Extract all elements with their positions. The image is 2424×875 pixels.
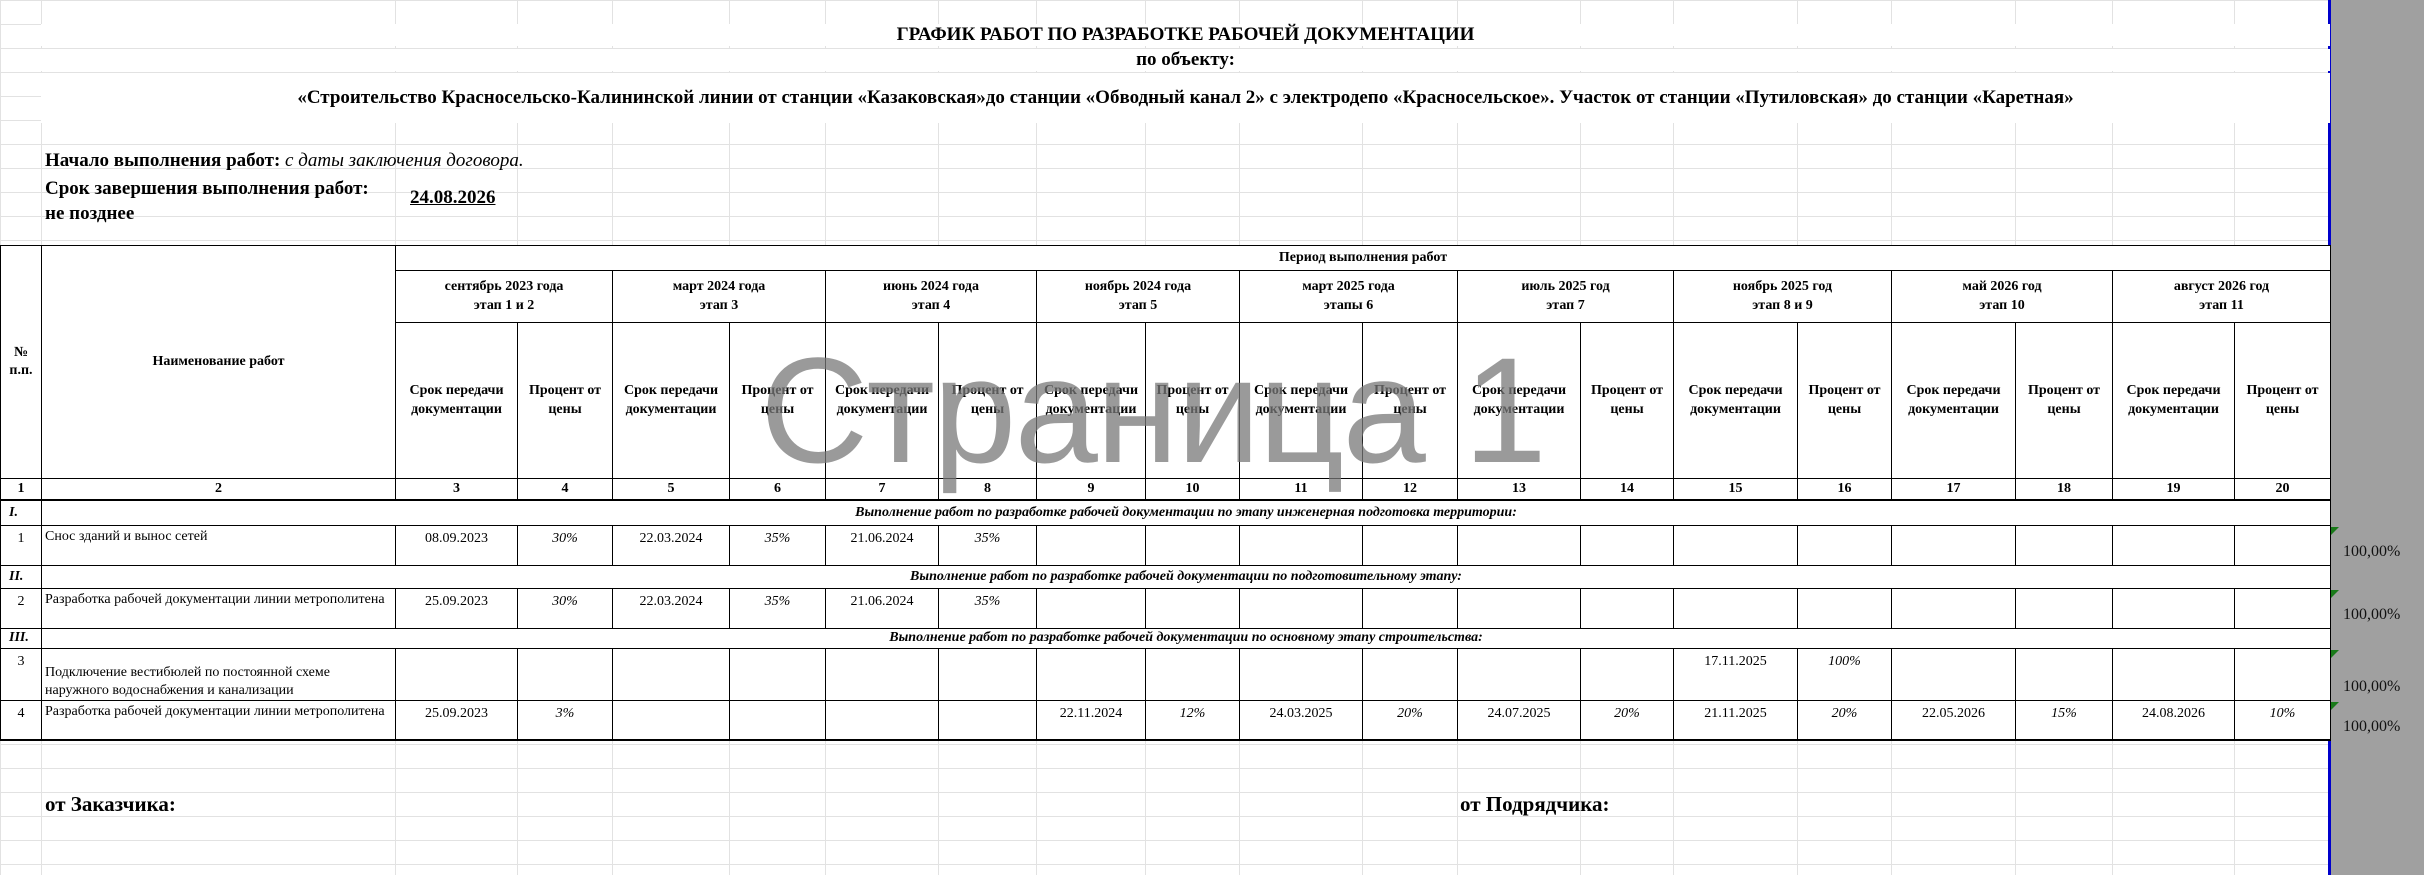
percent-cell[interactable]: 20%	[1580, 700, 1674, 741]
transfer-date-cell[interactable]	[1239, 525, 1363, 566]
column-number: 12	[1362, 478, 1458, 501]
period-month: март 2024 года	[673, 278, 766, 296]
work-name: Разработка рабочей документации линии ме…	[41, 588, 396, 629]
period-month: май 2026 год	[1962, 278, 2041, 296]
deadline-value: 24.08.2026	[410, 187, 496, 209]
document-title: ГРАФИК РАБОТ ПО РАЗРАБОТКЕ РАБОЧЕЙ ДОКУМ…	[41, 24, 2330, 46]
column-number: 17	[1891, 478, 2016, 501]
percent-cell[interactable]: 20%	[1362, 700, 1458, 741]
column-number: 18	[2015, 478, 2113, 501]
column-number: 3	[395, 478, 518, 501]
period-month: март 2025 года	[1302, 278, 1395, 296]
subheader-percent: Процент от цены	[1362, 322, 1458, 479]
percent-cell[interactable]	[2234, 525, 2331, 566]
percent-cell[interactable]	[1797, 525, 1892, 566]
start-line: Начало выполнения работ: с даты заключен…	[45, 150, 524, 172]
percent-cell[interactable]	[1145, 588, 1240, 629]
transfer-date-cell[interactable]: 17.11.2025	[1673, 648, 1798, 701]
subheader-date: Срок передачи документации	[612, 322, 730, 479]
object-name: «Строительство Красносельско-Калининской…	[41, 73, 2330, 123]
percent-cell[interactable]	[1145, 648, 1240, 701]
column-number: 14	[1580, 478, 1674, 501]
transfer-date-cell[interactable]	[612, 700, 730, 741]
row-number: 3	[0, 648, 42, 701]
transfer-date-cell[interactable]	[1891, 588, 2016, 629]
subheader-percent: Процент от цены	[938, 322, 1037, 479]
work-name: Разработка рабочей документации линии ме…	[41, 700, 396, 741]
work-name: Снос зданий и вынос сетей	[41, 525, 396, 566]
period-month: август 2026 год	[2174, 278, 2269, 296]
subheader-date: Срок передачи документации	[2112, 322, 2235, 479]
deadline-label: Срок завершения выполнения работ: не поз…	[45, 176, 369, 226]
column-number: 4	[517, 478, 613, 501]
percent-cell[interactable]	[729, 648, 826, 701]
transfer-date-cell[interactable]	[1457, 588, 1581, 629]
document-subtitle: по объекту:	[41, 49, 2330, 71]
subheader-date: Срок передачи документации	[1673, 322, 1798, 479]
transfer-date-cell[interactable]: 22.03.2024	[612, 525, 730, 566]
transfer-date-cell[interactable]	[825, 648, 939, 701]
period-header-6: июль 2025 годэтап 7	[1457, 270, 1674, 323]
subheader-date: Срок передачи документации	[1239, 322, 1363, 479]
percent-cell[interactable]	[2015, 648, 2113, 701]
transfer-date-cell[interactable]	[612, 648, 730, 701]
percent-cell[interactable]: 20%	[1797, 700, 1892, 741]
transfer-date-cell[interactable]: 24.08.2026	[2112, 700, 2235, 741]
percent-cell[interactable]: 35%	[938, 588, 1037, 629]
period-stage: этап 8 и 9	[1752, 297, 1813, 315]
period-stage: этап 10	[1979, 297, 2024, 315]
subheader-percent: Процент от цены	[729, 322, 826, 479]
subheader-date: Срок передачи документации	[1891, 322, 2016, 479]
transfer-date-cell[interactable]	[1891, 648, 2016, 701]
column-number: 15	[1673, 478, 1798, 501]
percent-cell[interactable]	[1797, 588, 1892, 629]
column-number: 13	[1457, 478, 1581, 501]
transfer-date-cell[interactable]: 25.09.2023	[395, 700, 518, 741]
transfer-date-cell[interactable]	[2112, 525, 2235, 566]
row-total-percent: 100,00%	[2343, 606, 2400, 624]
column-number: 7	[825, 478, 939, 501]
period-stage: этап 4	[912, 297, 950, 315]
percent-cell[interactable]	[1362, 525, 1458, 566]
period-stage: этап 1 и 2	[474, 297, 535, 315]
column-number: 11	[1239, 478, 1363, 501]
column-number: 19	[2112, 478, 2235, 501]
row-number: 1	[0, 525, 42, 566]
period-header-2: март 2024 годаэтап 3	[612, 270, 826, 323]
transfer-date-cell[interactable]: 21.06.2024	[825, 588, 939, 629]
transfer-date-cell[interactable]	[395, 648, 518, 701]
transfer-date-cell[interactable]	[2112, 648, 2235, 701]
percent-cell[interactable]: 35%	[729, 525, 826, 566]
transfer-date-cell[interactable]	[1036, 525, 1146, 566]
percent-cell[interactable]	[2234, 588, 2331, 629]
row-number: 2	[0, 588, 42, 629]
transfer-date-cell[interactable]	[1036, 648, 1146, 701]
column-number: 5	[612, 478, 730, 501]
transfer-date-cell[interactable]: 08.09.2023	[395, 525, 518, 566]
period-stage: этапы 6	[1324, 297, 1373, 315]
percent-cell[interactable]	[517, 648, 613, 701]
period-month: июнь 2024 года	[883, 278, 979, 296]
comment-indicator-icon[interactable]	[2331, 590, 2339, 598]
work-name: Подключение вестибюлей по постоянной схе…	[41, 648, 396, 701]
customer-signature-label: от Заказчика:	[45, 792, 176, 817]
percent-cell[interactable]: 30%	[517, 588, 613, 629]
transfer-date-cell[interactable]	[1239, 648, 1363, 701]
transfer-date-cell[interactable]: 24.03.2025	[1239, 700, 1363, 741]
deadline-label-line1: Срок завершения выполнения работ:	[45, 176, 369, 201]
period-header-1: сентябрь 2023 годаэтап 1 и 2	[395, 270, 613, 323]
percent-cell[interactable]	[938, 700, 1037, 741]
percent-cell[interactable]: 10%	[2234, 700, 2331, 741]
percent-cell[interactable]	[1145, 525, 1240, 566]
transfer-date-cell[interactable]	[1673, 588, 1798, 629]
column-number: 2	[41, 478, 396, 501]
transfer-date-cell[interactable]: 21.11.2025	[1673, 700, 1798, 741]
transfer-date-cell[interactable]: 25.09.2023	[395, 588, 518, 629]
column-number: 16	[1797, 478, 1892, 501]
start-label: Начало выполнения работ:	[45, 150, 280, 171]
transfer-date-cell[interactable]	[1673, 525, 1798, 566]
period-header-7: ноябрь 2025 годэтап 8 и 9	[1673, 270, 1892, 323]
percent-cell[interactable]	[2234, 648, 2331, 701]
percent-cell[interactable]	[2015, 525, 2113, 566]
percent-cell[interactable]	[2015, 588, 2113, 629]
period-stage: этап 3	[700, 297, 738, 315]
transfer-date-cell[interactable]: 22.11.2024	[1036, 700, 1146, 741]
section-title: Выполнение работ по разработке рабочей д…	[41, 565, 2331, 589]
transfer-date-cell[interactable]: 21.06.2024	[825, 525, 939, 566]
column-number: 8	[938, 478, 1037, 501]
start-value: с даты заключения договора.	[280, 150, 523, 171]
transfer-date-cell[interactable]: 24.07.2025	[1457, 700, 1581, 741]
transfer-date-cell[interactable]	[825, 700, 939, 741]
percent-cell[interactable]: 3%	[517, 700, 613, 741]
transfer-date-cell[interactable]	[1891, 525, 2016, 566]
row-total-percent: 100,00%	[2343, 678, 2400, 696]
comment-indicator-icon[interactable]	[2331, 650, 2339, 658]
comment-indicator-icon[interactable]	[2331, 527, 2339, 535]
subheader-percent: Процент от цены	[1580, 322, 1674, 479]
subheader-percent: Процент от цены	[2234, 322, 2331, 479]
subheader-percent: Процент от цены	[517, 322, 613, 479]
subheader-date: Срок передачи документации	[1457, 322, 1581, 479]
period-header-8: май 2026 годэтап 10	[1891, 270, 2113, 323]
table-bottom-border	[0, 739, 2330, 741]
period-header-4: ноябрь 2024 годаэтап 5	[1036, 270, 1240, 323]
column-number: 9	[1036, 478, 1146, 501]
percent-cell[interactable]	[938, 648, 1037, 701]
deadline-label-line2: не позднее	[45, 201, 369, 226]
column-number: 1	[0, 478, 42, 501]
period-header-9: август 2026 годэтап 11	[2112, 270, 2331, 323]
column-number: 10	[1145, 478, 1240, 501]
percent-cell[interactable]	[1580, 648, 1674, 701]
contractor-signature-label: от Подрядчика:	[1460, 792, 1610, 817]
transfer-date-cell[interactable]: 22.05.2026	[1891, 700, 2016, 741]
period-month: ноябрь 2024 года	[1085, 278, 1191, 296]
subheader-date: Срок передачи документации	[1036, 322, 1146, 479]
subheader-percent: Процент от цены	[2015, 322, 2113, 479]
period-month: ноябрь 2025 год	[1733, 278, 1832, 296]
period-month: сентябрь 2023 года	[445, 278, 564, 296]
percent-cell[interactable]	[1580, 525, 1674, 566]
percent-cell[interactable]: 15%	[2015, 700, 2113, 741]
percent-cell[interactable]	[1362, 648, 1458, 701]
percent-cell[interactable]	[729, 700, 826, 741]
percent-cell[interactable]: 30%	[517, 525, 613, 566]
transfer-date-cell[interactable]	[1036, 588, 1146, 629]
outside-print-area	[2330, 0, 2424, 875]
section-title: Выполнение работ по разработке рабочей д…	[41, 500, 2331, 526]
transfer-date-cell[interactable]	[1239, 588, 1363, 629]
transfer-date-cell[interactable]	[2112, 588, 2235, 629]
header-no: № п.п.	[0, 245, 42, 479]
period-header-3: июнь 2024 годаэтап 4	[825, 270, 1037, 323]
percent-cell[interactable]: 35%	[938, 525, 1037, 566]
column-number: 20	[2234, 478, 2331, 501]
header-period: Период выполнения работ	[395, 245, 2331, 271]
period-header-5: март 2025 годаэтапы 6	[1239, 270, 1458, 323]
comment-indicator-icon[interactable]	[2331, 702, 2339, 710]
percent-cell[interactable]	[1362, 588, 1458, 629]
row-total-percent: 100,00%	[2343, 543, 2400, 561]
percent-cell[interactable]: 12%	[1145, 700, 1240, 741]
column-number: 6	[729, 478, 826, 501]
percent-cell[interactable]	[1580, 588, 1674, 629]
row-number: 4	[0, 700, 42, 741]
subheader-date: Срок передачи документации	[395, 322, 518, 479]
subheader-percent: Процент от цены	[1145, 322, 1240, 479]
section-number: II.	[0, 565, 42, 589]
header-name: Наименование работ	[41, 245, 396, 479]
section-number: I.	[0, 500, 42, 526]
period-stage: этап 11	[2199, 297, 2244, 315]
period-stage: этап 5	[1119, 297, 1157, 315]
subheader-date: Срок передачи документации	[825, 322, 939, 479]
subheader-percent: Процент от цены	[1797, 322, 1892, 479]
percent-cell[interactable]: 35%	[729, 588, 826, 629]
transfer-date-cell[interactable]	[1457, 648, 1581, 701]
percent-cell[interactable]: 100%	[1797, 648, 1892, 701]
section-title: Выполнение работ по разработке рабочей д…	[41, 628, 2331, 649]
period-stage: этап 7	[1546, 297, 1584, 315]
transfer-date-cell[interactable]: 22.03.2024	[612, 588, 730, 629]
period-month: июль 2025 год	[1521, 278, 1609, 296]
section-number: III.	[0, 628, 42, 649]
transfer-date-cell[interactable]	[1457, 525, 1581, 566]
row-total-percent: 100,00%	[2343, 718, 2400, 736]
